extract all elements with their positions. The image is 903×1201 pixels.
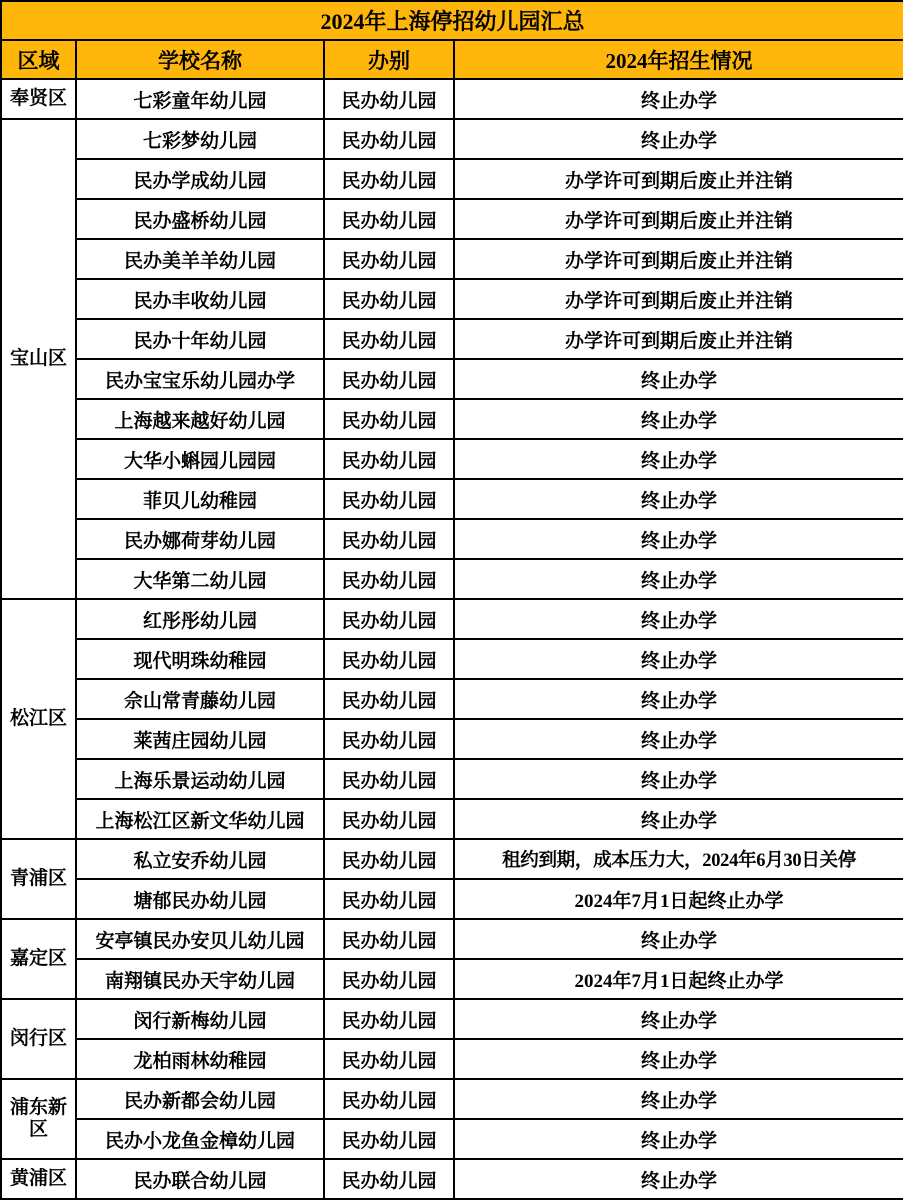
status-cell: 终止办学: [454, 519, 903, 559]
region-cell: 松江区: [1, 599, 76, 839]
school-name-cell: 闵行新梅幼儿园: [76, 999, 324, 1039]
school-type-cell: 民办幼儿园: [324, 359, 454, 399]
school-name-cell: 民办美羊羊幼儿园: [76, 239, 324, 279]
table-row: 闵行区闵行新梅幼儿园民办幼儿园终止办学: [1, 999, 903, 1039]
school-name-cell: 佘山常青藤幼儿园: [76, 679, 324, 719]
table-row: 民办盛桥幼儿园民办幼儿园办学许可到期后废止并注销: [1, 199, 903, 239]
table-row: 青浦区私立安乔幼儿园民办幼儿园租约到期，成本压力大，2024年6月30日关停: [1, 839, 903, 879]
status-cell: 终止办学: [454, 919, 903, 959]
col-header-school: 学校名称: [76, 40, 324, 79]
table-row: 上海越来越好幼儿园民办幼儿园终止办学: [1, 399, 903, 439]
school-type-cell: 民办幼儿园: [324, 599, 454, 639]
school-type-cell: 民办幼儿园: [324, 319, 454, 359]
status-cell: 2024年7月1日起终止办学: [454, 959, 903, 999]
table-row: 莱茜庄园幼儿园民办幼儿园终止办学: [1, 719, 903, 759]
school-type-cell: 民办幼儿园: [324, 799, 454, 839]
school-type-cell: 民办幼儿园: [324, 919, 454, 959]
table-body: 奉贤区七彩童年幼儿园民办幼儿园终止办学宝山区七彩梦幼儿园民办幼儿园终止办学民办学…: [1, 79, 903, 1199]
table-row: 现代明珠幼稚园民办幼儿园终止办学: [1, 639, 903, 679]
table-row: 民办宝宝乐幼儿园办学民办幼儿园终止办学: [1, 359, 903, 399]
table-row: 民办丰收幼儿园民办幼儿园办学许可到期后废止并注销: [1, 279, 903, 319]
region-cell: 奉贤区: [1, 79, 76, 119]
school-name-cell: 民办宝宝乐幼儿园办学: [76, 359, 324, 399]
region-cell: 黄浦区: [1, 1159, 76, 1199]
status-cell: 办学许可到期后废止并注销: [454, 279, 903, 319]
title-row: 2024年上海停招幼儿园汇总: [1, 1, 903, 40]
table-row: 上海乐景运动幼儿园民办幼儿园终止办学: [1, 759, 903, 799]
status-cell: 终止办学: [454, 559, 903, 599]
status-cell: 2024年7月1日起终止办学: [454, 879, 903, 919]
school-type-cell: 民办幼儿园: [324, 719, 454, 759]
status-cell: 终止办学: [454, 119, 903, 159]
status-cell: 终止办学: [454, 1079, 903, 1119]
school-type-cell: 民办幼儿园: [324, 519, 454, 559]
school-type-cell: 民办幼儿园: [324, 1159, 454, 1199]
status-cell: 办学许可到期后废止并注销: [454, 239, 903, 279]
status-cell: 终止办学: [454, 479, 903, 519]
school-name-cell: 红彤彤幼儿园: [76, 599, 324, 639]
status-cell: 终止办学: [454, 359, 903, 399]
school-type-cell: 民办幼儿园: [324, 79, 454, 119]
status-cell: 终止办学: [454, 439, 903, 479]
status-cell: 办学许可到期后废止并注销: [454, 199, 903, 239]
school-name-cell: 菲贝儿幼稚园: [76, 479, 324, 519]
status-cell: 终止办学: [454, 79, 903, 119]
col-header-region: 区域: [1, 40, 76, 79]
school-type-cell: 民办幼儿园: [324, 759, 454, 799]
school-name-cell: 民办小龙鱼金樟幼儿园: [76, 1119, 324, 1159]
school-name-cell: 大华小蝌园儿园园: [76, 439, 324, 479]
status-cell: 终止办学: [454, 679, 903, 719]
school-type-cell: 民办幼儿园: [324, 1039, 454, 1079]
table-row: 民办小龙鱼金樟幼儿园民办幼儿园终止办学: [1, 1119, 903, 1159]
status-cell: 终止办学: [454, 639, 903, 679]
status-cell: 终止办学: [454, 719, 903, 759]
school-type-cell: 民办幼儿园: [324, 279, 454, 319]
school-name-cell: 上海乐景运动幼儿园: [76, 759, 324, 799]
header-row: 区域 学校名称 办别 2024年招生情况: [1, 40, 903, 79]
school-name-cell: 私立安乔幼儿园: [76, 839, 324, 879]
status-cell: 终止办学: [454, 1159, 903, 1199]
school-type-cell: 民办幼儿园: [324, 1119, 454, 1159]
school-type-cell: 民办幼儿园: [324, 1079, 454, 1119]
school-name-cell: 民办联合幼儿园: [76, 1159, 324, 1199]
school-type-cell: 民办幼儿园: [324, 479, 454, 519]
school-type-cell: 民办幼儿园: [324, 999, 454, 1039]
table-row: 宝山区七彩梦幼儿园民办幼儿园终止办学: [1, 119, 903, 159]
status-cell: 终止办学: [454, 759, 903, 799]
table-row: 上海松江区新文华幼儿园民办幼儿园终止办学: [1, 799, 903, 839]
school-name-cell: 七彩梦幼儿园: [76, 119, 324, 159]
table-row: 大华小蝌园儿园园民办幼儿园终止办学: [1, 439, 903, 479]
school-type-cell: 民办幼儿园: [324, 119, 454, 159]
school-name-cell: 民办盛桥幼儿园: [76, 199, 324, 239]
status-cell: 终止办学: [454, 999, 903, 1039]
table-row: 民办学成幼儿园民办幼儿园办学许可到期后废止并注销: [1, 159, 903, 199]
school-type-cell: 民办幼儿园: [324, 879, 454, 919]
school-type-cell: 民办幼儿园: [324, 199, 454, 239]
school-type-cell: 民办幼儿园: [324, 399, 454, 439]
table-row: 大华第二幼儿园民办幼儿园终止办学: [1, 559, 903, 599]
school-type-cell: 民办幼儿园: [324, 639, 454, 679]
status-cell: 终止办学: [454, 1119, 903, 1159]
table-title: 2024年上海停招幼儿园汇总: [1, 1, 903, 40]
kindergarten-closure-table: 2024年上海停招幼儿园汇总 区域 学校名称 办别 2024年招生情况 奉贤区七…: [0, 0, 903, 1200]
school-name-cell: 上海越来越好幼儿园: [76, 399, 324, 439]
status-cell: 办学许可到期后废止并注销: [454, 319, 903, 359]
table-row: 民办十年幼儿园民办幼儿园办学许可到期后废止并注销: [1, 319, 903, 359]
school-name-cell: 民办学成幼儿园: [76, 159, 324, 199]
status-cell: 终止办学: [454, 799, 903, 839]
school-name-cell: 大华第二幼儿园: [76, 559, 324, 599]
school-name-cell: 现代明珠幼稚园: [76, 639, 324, 679]
table-row: 松江区红彤彤幼儿园民办幼儿园终止办学: [1, 599, 903, 639]
col-header-status: 2024年招生情况: [454, 40, 903, 79]
region-cell: 闵行区: [1, 999, 76, 1079]
table-row: 佘山常青藤幼儿园民办幼儿园终止办学: [1, 679, 903, 719]
school-name-cell: 塘郁民办幼儿园: [76, 879, 324, 919]
school-name-cell: 民办新都会幼儿园: [76, 1079, 324, 1119]
table-row: 南翔镇民办天宇幼儿园民办幼儿园2024年7月1日起终止办学: [1, 959, 903, 999]
status-cell: 终止办学: [454, 599, 903, 639]
school-type-cell: 民办幼儿园: [324, 959, 454, 999]
table-row: 菲贝儿幼稚园民办幼儿园终止办学: [1, 479, 903, 519]
col-header-type: 办别: [324, 40, 454, 79]
status-cell: 办学许可到期后废止并注销: [454, 159, 903, 199]
status-cell: 终止办学: [454, 1039, 903, 1079]
table-row: 民办美羊羊幼儿园民办幼儿园办学许可到期后废止并注销: [1, 239, 903, 279]
school-type-cell: 民办幼儿园: [324, 439, 454, 479]
region-cell: 青浦区: [1, 839, 76, 919]
table-row: 嘉定区安亭镇民办安贝儿幼儿园民办幼儿园终止办学: [1, 919, 903, 959]
school-name-cell: 南翔镇民办天宇幼儿园: [76, 959, 324, 999]
region-cell: 嘉定区: [1, 919, 76, 999]
region-cell: 宝山区: [1, 119, 76, 599]
status-cell: 租约到期，成本压力大，2024年6月30日关停: [454, 839, 903, 879]
school-name-cell: 安亭镇民办安贝儿幼儿园: [76, 919, 324, 959]
table-row: 塘郁民办幼儿园民办幼儿园2024年7月1日起终止办学: [1, 879, 903, 919]
table-row: 民办娜荷芽幼儿园民办幼儿园终止办学: [1, 519, 903, 559]
school-name-cell: 民办丰收幼儿园: [76, 279, 324, 319]
status-cell: 终止办学: [454, 399, 903, 439]
school-type-cell: 民办幼儿园: [324, 839, 454, 879]
table-row: 浦东新区民办新都会幼儿园民办幼儿园终止办学: [1, 1079, 903, 1119]
school-name-cell: 七彩童年幼儿园: [76, 79, 324, 119]
school-type-cell: 民办幼儿园: [324, 239, 454, 279]
school-name-cell: 上海松江区新文华幼儿园: [76, 799, 324, 839]
school-type-cell: 民办幼儿园: [324, 559, 454, 599]
school-type-cell: 民办幼儿园: [324, 679, 454, 719]
table-row: 龙柏雨林幼稚园民办幼儿园终止办学: [1, 1039, 903, 1079]
school-name-cell: 民办十年幼儿园: [76, 319, 324, 359]
school-type-cell: 民办幼儿园: [324, 159, 454, 199]
table-row: 黄浦区民办联合幼儿园民办幼儿园终止办学: [1, 1159, 903, 1199]
school-name-cell: 民办娜荷芽幼儿园: [76, 519, 324, 559]
region-cell: 浦东新区: [1, 1079, 76, 1159]
school-name-cell: 莱茜庄园幼儿园: [76, 719, 324, 759]
school-name-cell: 龙柏雨林幼稚园: [76, 1039, 324, 1079]
table-row: 奉贤区七彩童年幼儿园民办幼儿园终止办学: [1, 79, 903, 119]
